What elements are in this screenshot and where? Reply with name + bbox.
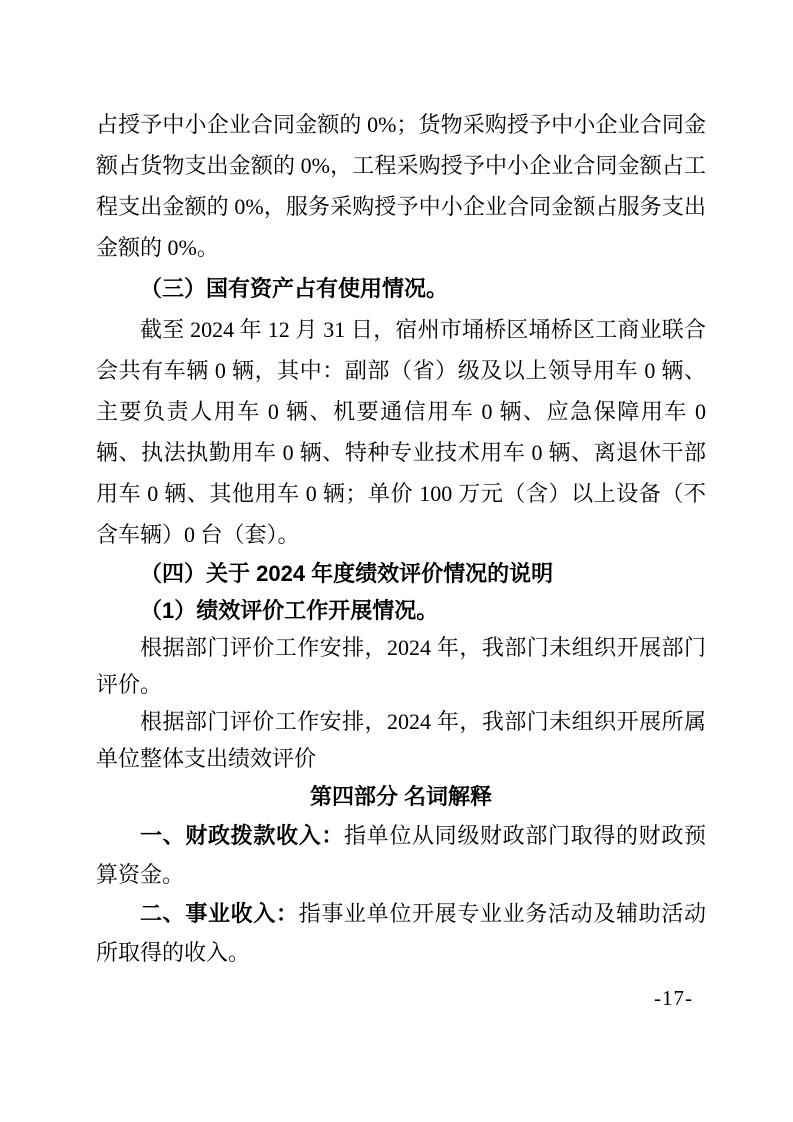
document-page: 占授予中小企业合同金额的 0%；货物采购授予中小企业合同金额占货物支出金额的 0… [0,0,793,1122]
paragraph-vehicles-and-equipment: 截至 2024 年 12 月 31 日，宿州市埇桥区埇桥区工商业联合会共有车辆 … [96,309,706,555]
page-content: 占授予中小企业合同金额的 0%；货物采购授予中小企业合同金额占货物支出金额的 0… [96,104,706,972]
heading-evaluation-work-status: （1）绩效评价工作开展情况。 [96,592,706,629]
paragraph-term-business-income: 二、事业收入：指事业单位开展专业业务活动及辅助活动所取得的收入。 [96,894,706,972]
paragraph-term-fiscal-appropriation-income: 一、财政拨款收入：指单位从同级财政部门取得的财政预算资金。 [96,816,706,894]
paragraph-department-evaluation: 根据部门评价工作安排，2024 年，我部门未组织开展部门评价。 [96,629,706,703]
heading-2024-performance-evaluation: （四）关于 2024 年度绩效评价情况的说明 [96,555,706,592]
heading-state-owned-assets: （三）国有资产占有使用情况。 [96,268,706,309]
heading-part-four-glossary: 第四部分 名词解释 [96,777,706,816]
page-number: -17- [654,986,693,1011]
term-fiscal-appropriation-income-label: 一、财政拨款收入： [140,823,344,848]
paragraph-procurement-smb-share: 占授予中小企业合同金额的 0%；货物采购授予中小企业合同金额占货物支出金额的 0… [96,104,706,268]
paragraph-subordinate-unit-evaluation: 根据部门评价工作安排，2024 年，我部门未组织开展所属单位整体支出绩效评价 [96,703,706,777]
term-business-income-label: 二、事业收入： [140,901,299,926]
